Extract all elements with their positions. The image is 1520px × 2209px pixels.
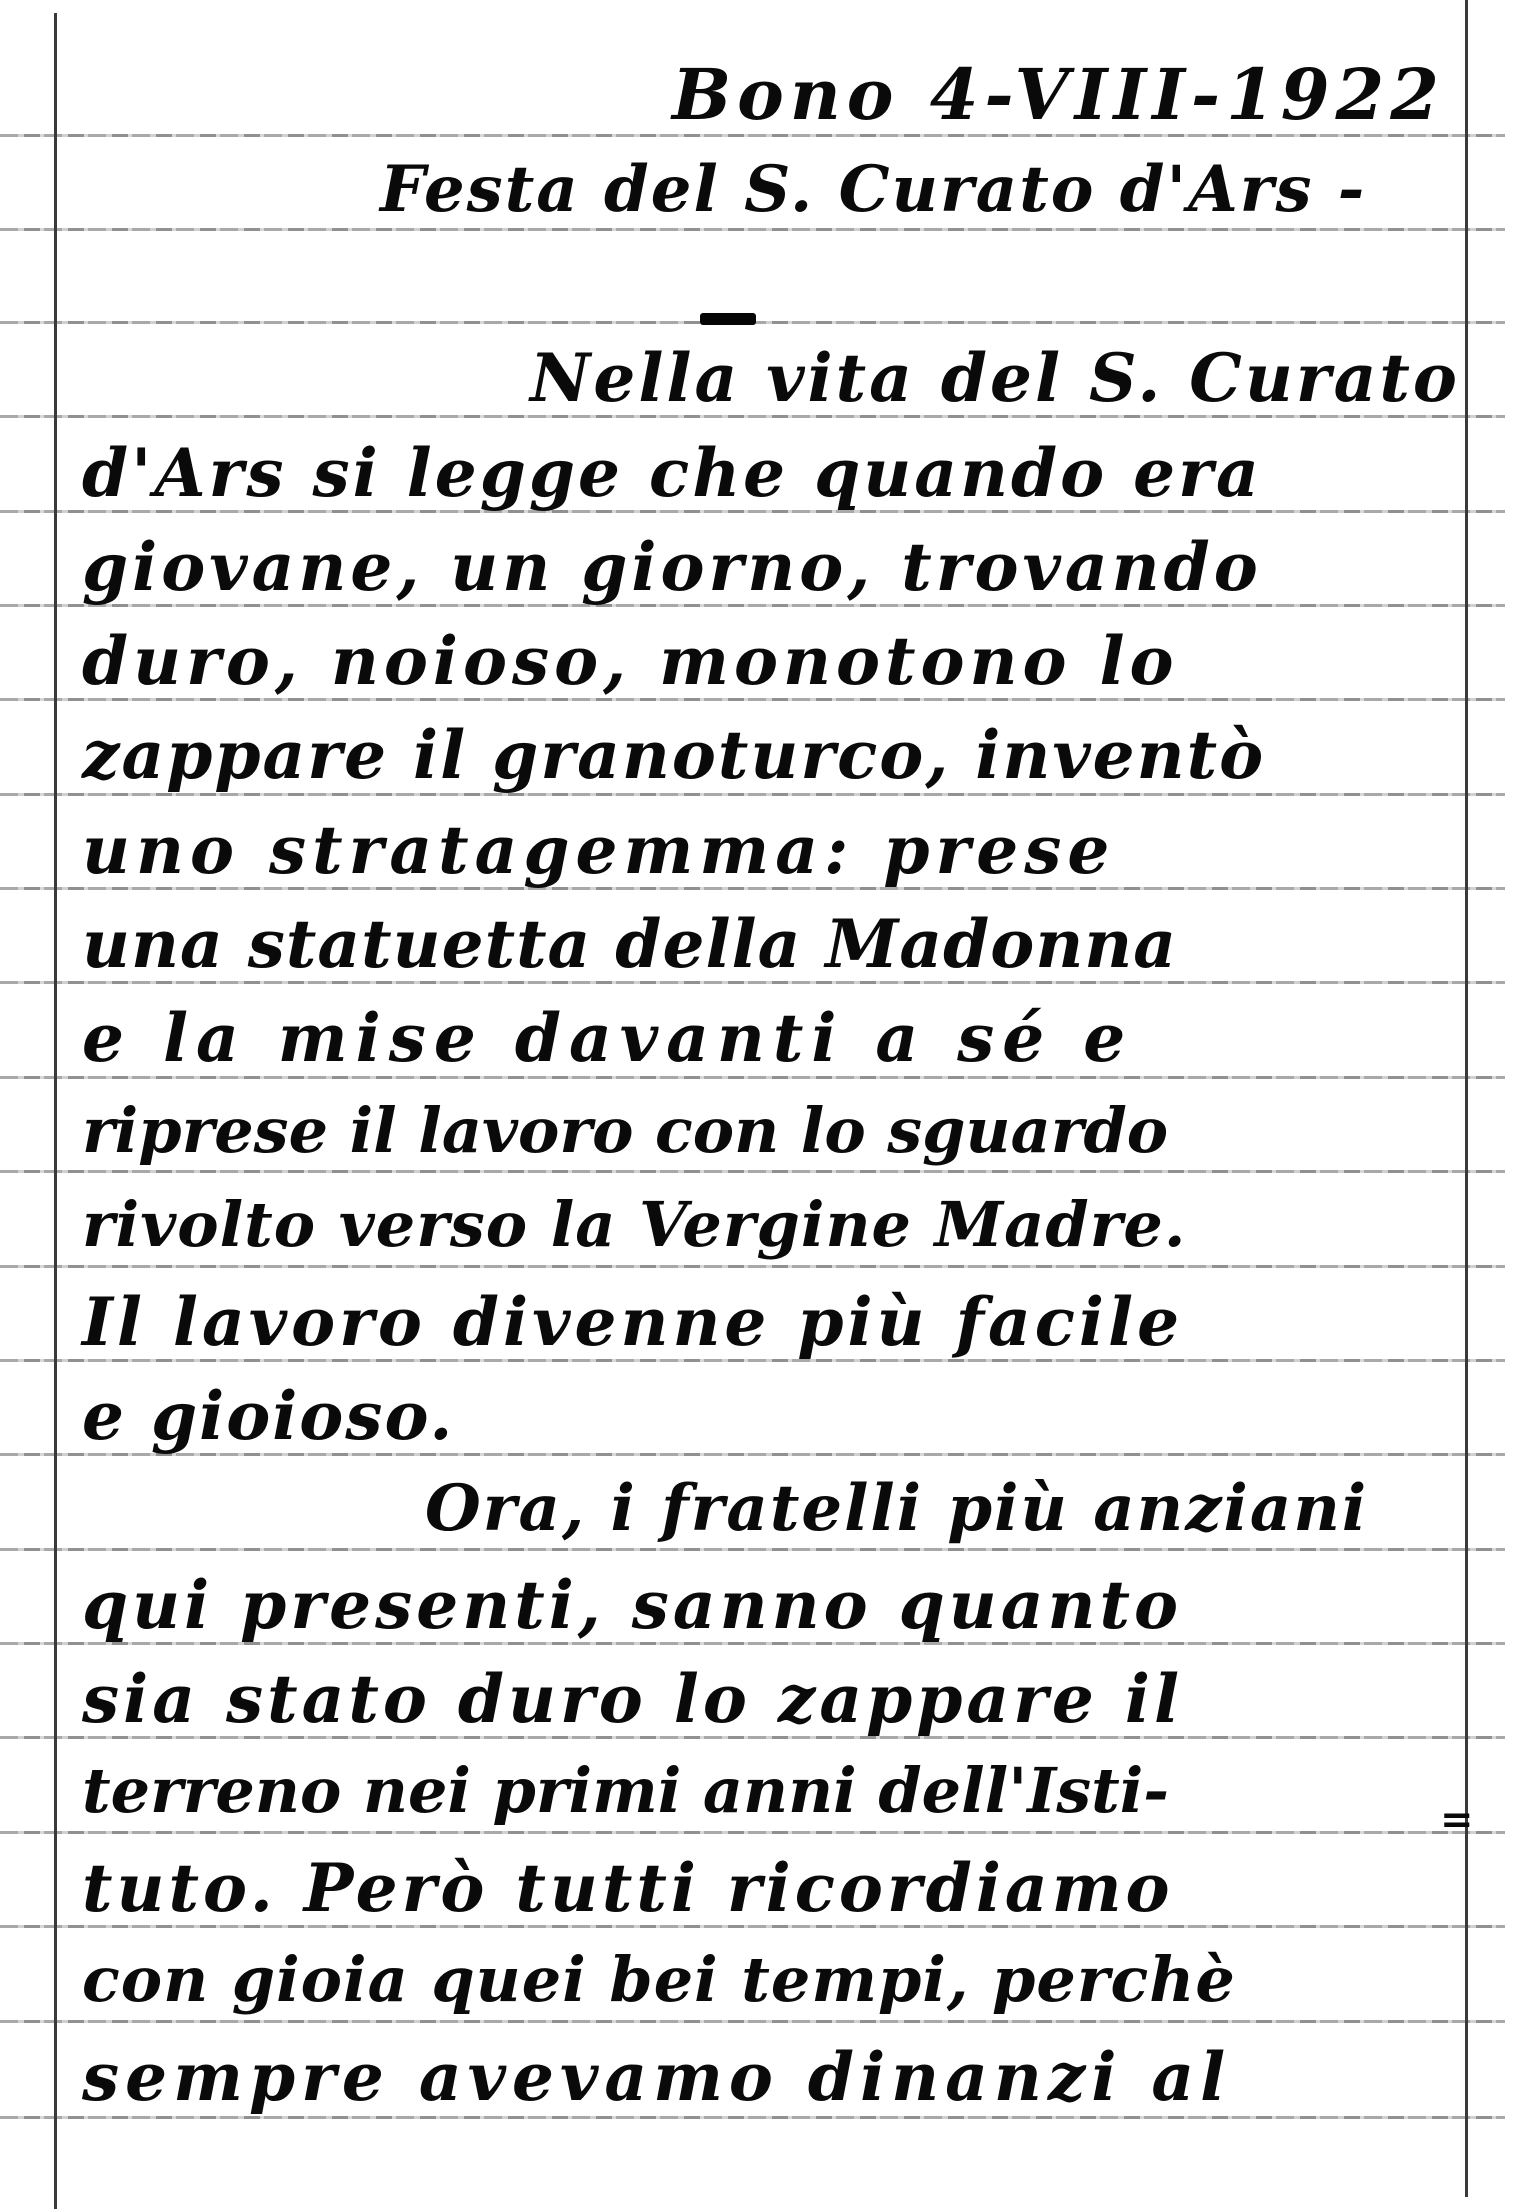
text-line: giovane, un giorno, trovando — [82, 534, 1262, 600]
text-line: rivolto verso la Vergine Madre. — [82, 1194, 1186, 1256]
text-line: terreno nei primi anni dell'Isti- — [82, 1760, 1169, 1822]
text-line: d'Ars si legge che quando era — [82, 440, 1262, 506]
text-line: Nella vita del S. Curato — [530, 345, 1460, 411]
text-line: e gioioso. — [82, 1383, 454, 1449]
ruled-line — [0, 228, 1505, 231]
hyphen-mark: = — [1440, 1800, 1475, 1840]
left-margin-line — [54, 13, 57, 2209]
ruled-line — [0, 1265, 1505, 1268]
text-line: zappare il granoturco, inventò — [82, 722, 1265, 788]
right-margin-line — [1465, 0, 1468, 2197]
date-line: Bono 4-VIII-1922 — [672, 60, 1445, 130]
text-line: con gioia quei bei tempi, perchè — [82, 1949, 1236, 2011]
text-line: sempre avevamo dinanzi al — [82, 2044, 1231, 2110]
document-title: Festa del S. Curato d'Ars - — [380, 158, 1366, 222]
ruled-line — [0, 1831, 1505, 1834]
text-line: e la mise davanti a sé e — [82, 1005, 1133, 1071]
text-line: qui presenti, sanno quanto — [82, 1572, 1182, 1638]
manuscript-page: Bono 4-VIII-1922 Festa del S. Curato d'A… — [0, 0, 1520, 2209]
ruled-line — [0, 1548, 1505, 1551]
ruled-line — [0, 2116, 1505, 2119]
text-line: tuto. Però tutti ricordiamo — [82, 1855, 1174, 1921]
text-line: sia stato duro lo zappare il — [82, 1666, 1183, 1732]
text-line: riprese il lavoro con lo sguardo — [82, 1100, 1168, 1162]
text-line: una statuetta della Madonna — [82, 911, 1177, 977]
text-line: Il lavoro divenne più facile — [82, 1289, 1183, 1355]
ruled-line — [0, 1170, 1505, 1173]
text-line: uno stratagemma: prese — [82, 817, 1115, 883]
text-line: Ora, i fratelli più anziani — [425, 1477, 1368, 1541]
separator-dash — [700, 313, 756, 325]
text-line: duro, noioso, monotono lo — [82, 628, 1179, 694]
ruled-line — [0, 2020, 1505, 2023]
